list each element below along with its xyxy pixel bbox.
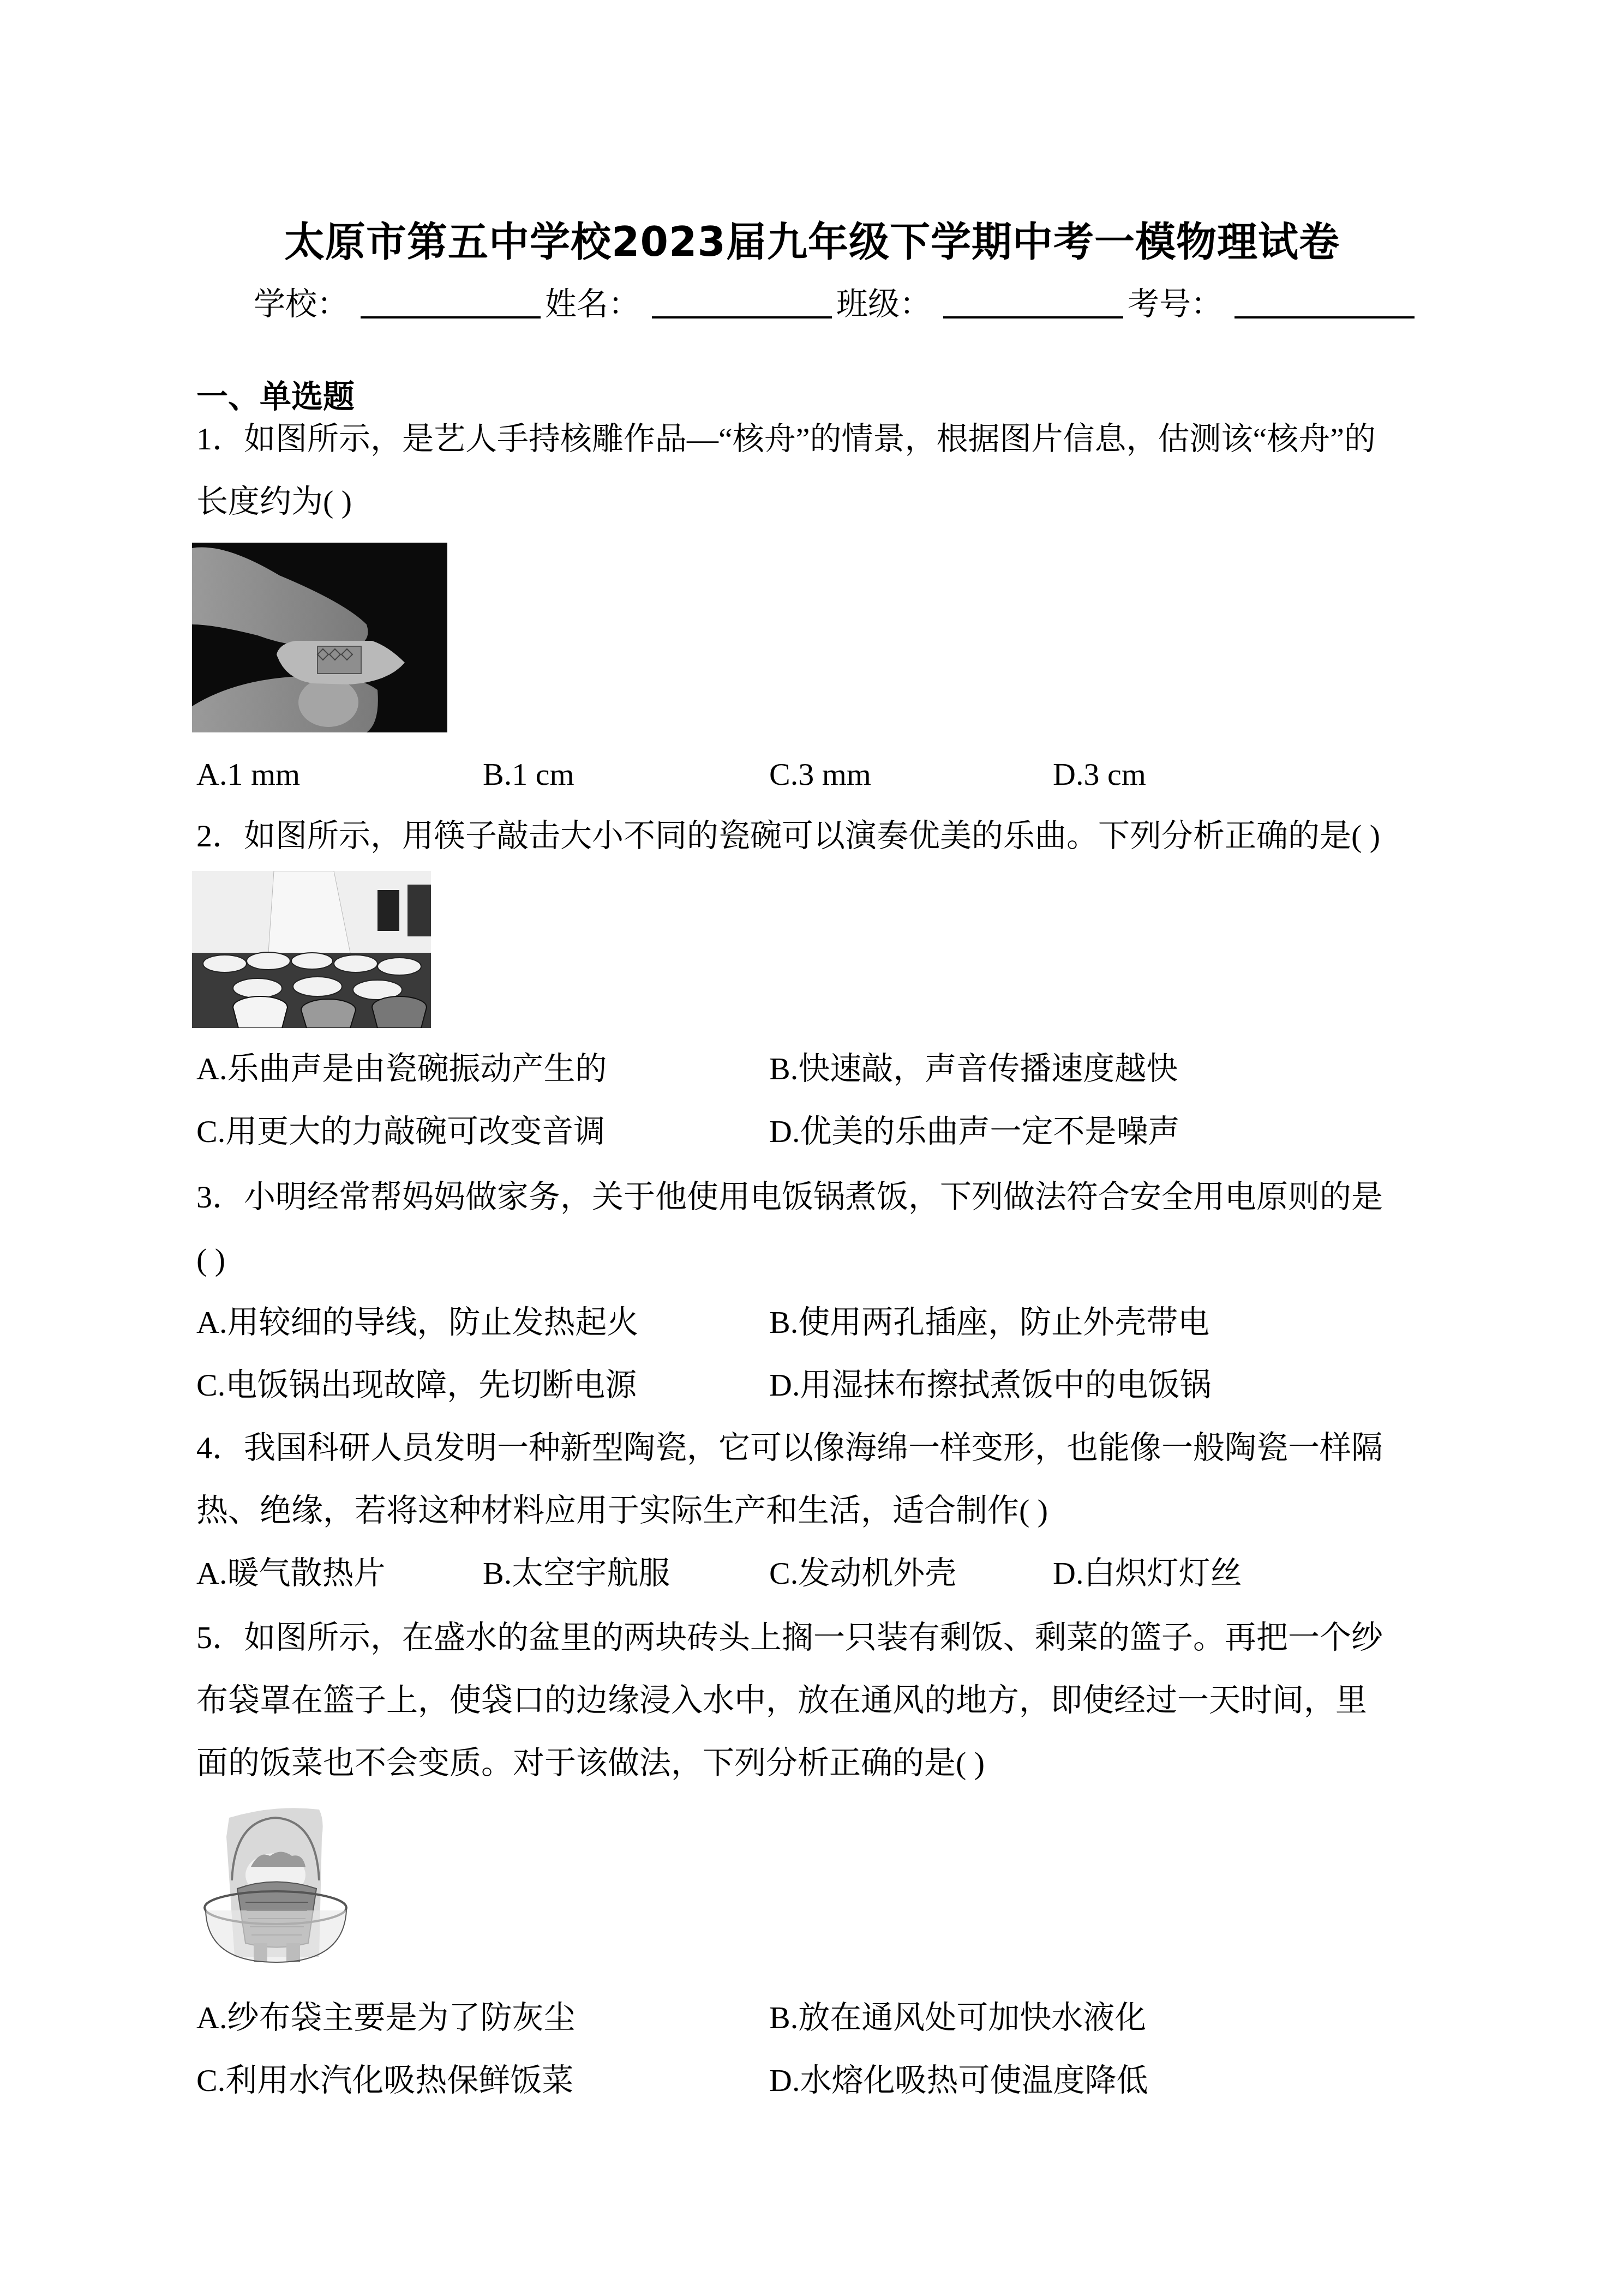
q5-option-d[interactable]: D.水熔化吸热可使温度降低 (769, 2061, 1148, 2100)
name-label: 姓名： (545, 278, 640, 324)
section-title: 一、单选题 (196, 371, 355, 417)
q3-text-line-1: 3．小明经常帮妈妈做家务，关于他使用电饭锅煮饭，下列做法符合安全用电原则的是 (196, 1178, 1383, 1216)
exam-title: 太原市第五中学校2023届九年级下学期中考一模物理试卷 (0, 210, 1624, 268)
q4-option-d[interactable]: D.白炽灯灯丝 (1053, 1554, 1242, 1592)
q5-text-line-3: 面的饭菜也不会变质。对于该做法，下列分析正确的是( ) (196, 1744, 985, 1782)
student-info-line: 学校： 姓名： 班级： 考号： (254, 278, 1419, 324)
class-field: 班级： (836, 278, 1128, 324)
q1-text-line-2: 长度约为( ) (196, 483, 352, 521)
q5-text-line-1: 5．如图所示，在盛水的盆里的两块砖头上搁一只装有剩饭、剩菜的篮子。再把一个纱 (196, 1619, 1383, 1657)
q3-option-c[interactable]: C.电饭锅出现故障，先切断电源 (196, 1366, 637, 1404)
carved-boat-photo (192, 543, 447, 732)
school-field: 学校： (254, 278, 545, 324)
q4-text-line-2: 热、绝缘，若将这种材料应用于实际生产和生活，适合制作( ) (196, 1492, 1048, 1530)
q2-option-b[interactable]: B.快速敲，声音传播速度越快 (769, 1050, 1178, 1088)
q2-option-d[interactable]: D.优美的乐曲声一定不是噪声 (769, 1113, 1179, 1151)
q2-option-a[interactable]: A.乐曲声是由瓷碗振动产生的 (196, 1050, 607, 1088)
q5-option-b[interactable]: B.放在通风处可加快水液化 (769, 1999, 1146, 2037)
porcelain-bowls-photo (192, 871, 431, 1028)
basket-in-water-illustration (194, 1793, 357, 1968)
q1-option-b[interactable]: B.1 cm (483, 755, 574, 794)
exam-number-field: 考号： (1128, 278, 1419, 324)
q1-option-d[interactable]: D.3 cm (1053, 755, 1146, 794)
school-blank[interactable] (361, 316, 541, 318)
q1-option-a[interactable]: A.1 mm (196, 755, 300, 794)
q5-text-line-2: 布袋罩在篮子上，使袋口的边缘浸入水中，放在通风的地方，即使经过一天时间，里 (196, 1681, 1367, 1720)
q4-option-b[interactable]: B.太空宇航服 (483, 1554, 670, 1592)
school-label: 学校： (254, 278, 349, 324)
q1-option-c[interactable]: C.3 mm (769, 755, 871, 794)
name-blank[interactable] (652, 316, 832, 318)
q4-option-c[interactable]: C.发动机外壳 (769, 1554, 956, 1592)
q4-option-a[interactable]: A.暖气散热片 (196, 1554, 385, 1592)
q5-option-a[interactable]: A.纱布袋主要是为了防灰尘 (196, 1999, 575, 2037)
class-label: 班级： (836, 278, 931, 324)
q2-text-line-1: 2．如图所示，用筷子敲击大小不同的瓷碗可以演奏优美的乐曲。下列分析正确的是( ) (196, 817, 1380, 855)
class-blank[interactable] (943, 316, 1123, 318)
q3-option-b[interactable]: B.使用两孔插座，防止外壳带电 (769, 1303, 1209, 1342)
q3-option-a[interactable]: A.用较细的导线，防止发热起火 (196, 1303, 638, 1342)
q5-option-c[interactable]: C.利用水汽化吸热保鲜饭菜 (196, 2061, 573, 2100)
q3-option-d[interactable]: D.用湿抹布擦拭煮饭中的电饭锅 (769, 1366, 1211, 1404)
name-field: 姓名： (545, 278, 836, 324)
q1-text-line-1: 1．如图所示，是艺人手持核雕作品—“核舟”的情景，根据图片信息，估测该“核舟”的 (196, 420, 1376, 458)
q3-text-line-2: ( ) (196, 1241, 225, 1279)
exam-number-label: 考号： (1128, 278, 1223, 324)
q4-text-line-1: 4．我国科研人员发明一种新型陶瓷，它可以像海绵一样变形，也能像一般陶瓷一样隔 (196, 1429, 1383, 1467)
exam-number-blank[interactable] (1235, 316, 1415, 318)
q2-option-c[interactable]: C.用更大的力敲碗可改变音调 (196, 1113, 605, 1151)
